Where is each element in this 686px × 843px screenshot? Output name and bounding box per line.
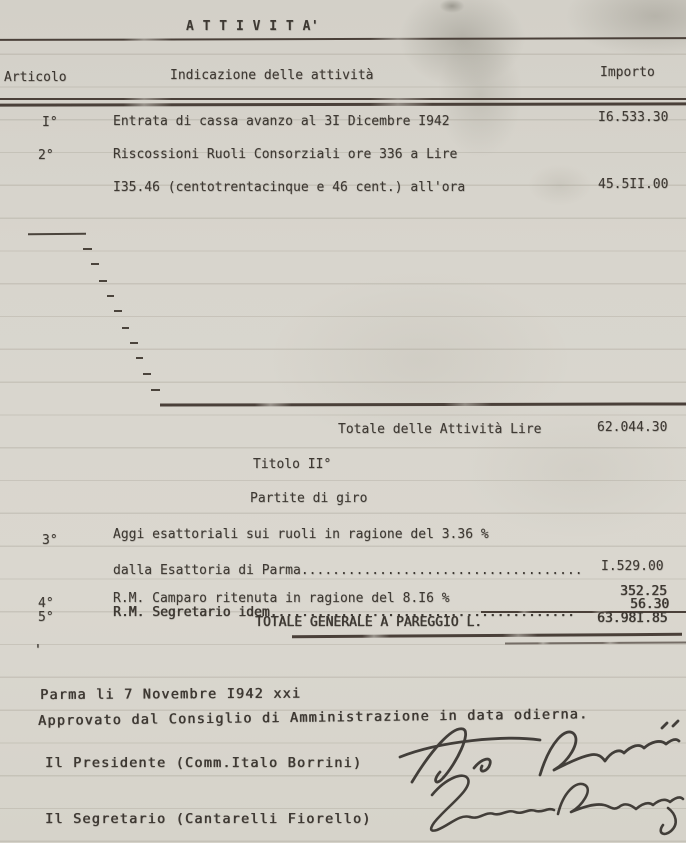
- total-separator-rule: [160, 402, 686, 406]
- column-header-description: Indicazione delle attività: [170, 69, 374, 83]
- document-page: A T T I V I T A' Articolo Indicazione de…: [0, 0, 686, 843]
- entry-4-description: R.M. Camparo ritenuta in ragione del 8.I…: [113, 592, 450, 606]
- entry-3-description: Aggi esattoriali sui ruoli in ragione de…: [113, 528, 489, 542]
- void-dash-mark: [91, 263, 99, 265]
- void-dash-mark: [83, 248, 92, 250]
- total-attivita-value: 62.044.30: [597, 421, 667, 435]
- void-dash-mark: [130, 342, 138, 344]
- president-signature-icon: [400, 721, 679, 782]
- void-dash-mark: [151, 389, 160, 391]
- entry-2-article: 2°: [38, 149, 54, 163]
- column-header-article: Articolo: [4, 71, 67, 85]
- entry-4-article: 4°: [38, 597, 54, 611]
- void-dash-mark: [107, 295, 114, 297]
- void-dash-mark: [114, 310, 122, 312]
- section-two-subheading: Partite di giro: [250, 492, 367, 506]
- grand-total-label: TOTALE GENERALE A PAREGGIO L.: [255, 616, 482, 630]
- section-two-heading: Titolo II°: [253, 458, 331, 472]
- president-name-line: Il Presidente (Comm.Italo Borrini): [45, 756, 362, 770]
- void-dash-mark: [143, 373, 151, 375]
- grand-total-value: 63.98I.85: [597, 612, 667, 626]
- header-rule-double-upper: [0, 98, 686, 100]
- entry-1-amount: I6.533.30: [598, 111, 668, 125]
- document-title: A T T I V I T A': [186, 20, 319, 34]
- total-attivita-label: Totale delle Attività Lire: [338, 423, 542, 437]
- header-rule-double-lower: [0, 102, 686, 106]
- secretary-name-line: Il Segretario (Cantarelli Fiorello): [45, 812, 371, 826]
- entry-2-description: Riscossioni Ruoli Consorziali ore 336 a …: [113, 148, 457, 162]
- grand-total-underline-upper: [292, 633, 682, 638]
- stray-typewriter-mark: ': [34, 644, 42, 658]
- entry-2-description-line2: I35.46 (centotrentacinque e 46 cent.) al…: [113, 181, 465, 195]
- entry-5-article: 5°: [38, 611, 54, 625]
- approval-statement: Approvato dal Consiglio di Amministrazio…: [38, 707, 588, 728]
- void-dash-mark: [136, 357, 143, 359]
- grand-total-underline-lower: [505, 642, 686, 645]
- entry-5-amount: 56.30: [630, 598, 669, 612]
- header-rule-top: [0, 37, 686, 41]
- entry-3-article: 3°: [42, 534, 58, 548]
- entry-3-amount: I.529.00: [601, 560, 664, 574]
- place-and-date-line: Parma li 7 Novembre I942 xxi: [40, 687, 301, 702]
- entry-3-description-line2: dalla Esattoria di Parma................…: [113, 564, 583, 578]
- entry-1-description: Entrata di cassa avanzo al 3I Dicembre I…: [113, 115, 450, 129]
- void-dash-mark: [122, 327, 129, 329]
- column-header-amount: Importo: [600, 66, 655, 80]
- secretary-signature-icon: [431, 776, 683, 834]
- entry-1-article: I°: [42, 116, 58, 130]
- entry-2-amount: 45.5II.00: [598, 178, 668, 192]
- void-dash-mark: [28, 233, 86, 236]
- void-dash-mark: [99, 280, 107, 282]
